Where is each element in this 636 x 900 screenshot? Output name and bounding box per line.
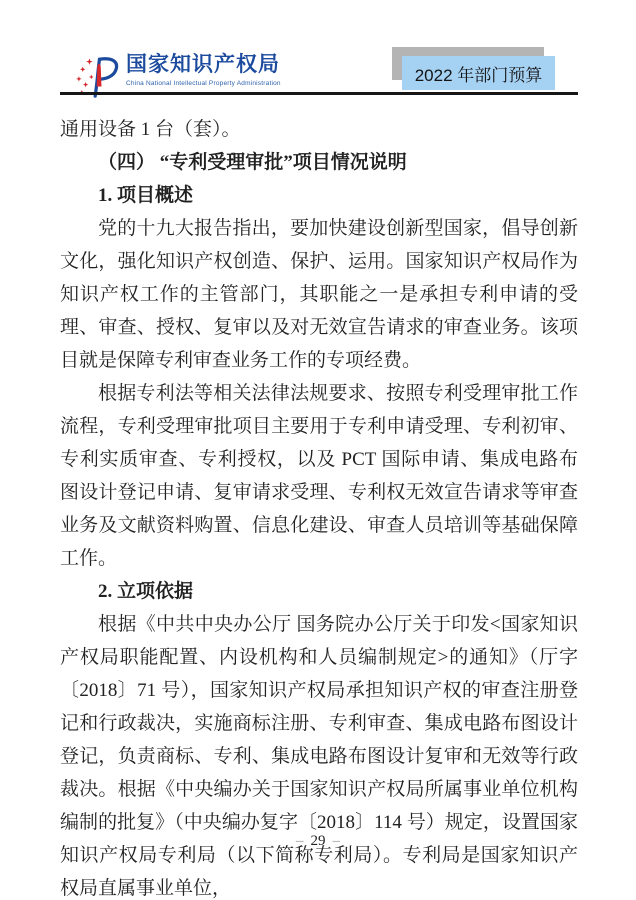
subsection-heading: 2. 立项依据 — [60, 575, 578, 608]
page-number-value: 29 — [311, 833, 326, 849]
subsection-heading: 1. 项目概述 — [60, 179, 578, 212]
budget-year-banner: 2022 年部门预算 — [402, 56, 555, 90]
document-page: 国家知识产权局 China National Intellectual Prop… — [0, 0, 636, 900]
body-paragraph: 党的十九大报告指出，要加快建设创新型国家，倡导创新文化，强化知识产权创造、保护、… — [60, 212, 578, 377]
page-number-right-dash: – — [326, 833, 348, 849]
body-paragraph: 根据《中共中央办公厅 国务院办公厅关于印发<国家知识产权局职能配置、内设机构和人… — [60, 608, 578, 900]
budget-year-banner-label: 2022 年部门预算 — [415, 61, 543, 86]
logo-subtitle-en: China National Intellectual Property Adm… — [126, 80, 281, 87]
page-number-left-dash: – — [289, 833, 311, 849]
body-paragraph: 通用设备 1 台（套）。 — [60, 113, 578, 146]
page-number: –29– — [0, 833, 636, 850]
logo-title-cn: 国家知识产权局 — [126, 52, 281, 78]
logo-text-block: 国家知识产权局 China National Intellectual Prop… — [126, 52, 281, 87]
header-divider — [60, 92, 578, 95]
document-body: 通用设备 1 台（套）。 （四） “专利受理审批”项目情况说明 1. 项目概述 … — [60, 113, 578, 900]
section-heading: （四） “专利受理审批”项目情况说明 — [60, 146, 578, 179]
body-paragraph: 根据专利法等相关法律法规要求、按照专利受理审批工作流程，专利受理审批项目主要用于… — [60, 377, 578, 575]
